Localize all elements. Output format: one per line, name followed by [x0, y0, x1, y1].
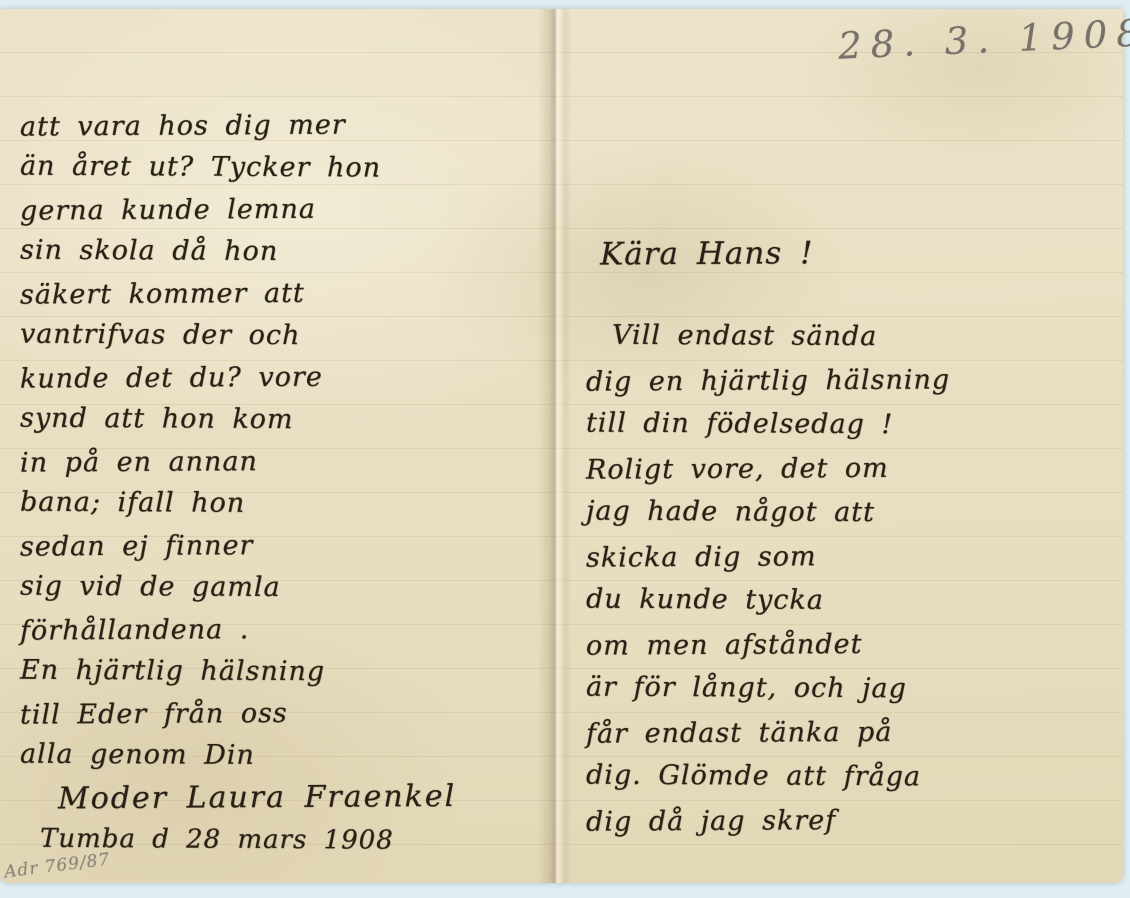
handwritten-line: skicka dig som — [586, 533, 1121, 580]
handwritten-line: vantrifvas der och — [20, 314, 535, 359]
handwritten-line: till din födelsedag ! — [586, 402, 1121, 449]
handwritten-line: du kunde tycka — [586, 578, 1121, 625]
greeting-line: Kära Hans ! — [586, 229, 1121, 276]
handwritten-line: dig en hjärtlig hälsning — [586, 357, 1121, 404]
handwritten-line: är för långt, och jag — [586, 666, 1121, 713]
handwritten-line: En hjärtlig hälsning — [20, 650, 535, 695]
paper-sheet: att vara hos dig mer än året ut? Tycker … — [0, 9, 1123, 883]
handwritten-line: sedan ej finner — [20, 523, 535, 568]
handwritten-line: än året ut? Tycker hon — [20, 146, 535, 191]
handwritten-line: dig då jag skref — [586, 797, 1121, 844]
handwritten-line: bana; ifall hon — [20, 482, 535, 527]
fold-crease — [538, 9, 572, 883]
handwritten-line: säkert kommer att — [20, 271, 535, 316]
handwritten-line: dig. Glömde att fråga — [586, 754, 1121, 801]
handwritten-line: in på en annan — [20, 439, 535, 484]
handwritten-line: sin skola då hon — [20, 230, 535, 275]
handwritten-line: att vara hos dig mer — [20, 103, 535, 148]
handwritten-line: Roligt vore, det om — [586, 445, 1121, 492]
letter-scan: { "pencil_annotations": { "date_top_righ… — [0, 0, 1130, 898]
handwritten-line: jag hade något att — [586, 490, 1121, 537]
handwritten-line: synd att hon kom — [20, 398, 535, 443]
handwritten-line: alla genom Din — [20, 734, 535, 779]
left-page: att vara hos dig mer än året ut? Tycker … — [20, 105, 535, 861]
right-page: Kära Hans ! Vill endast sända dig en hjä… — [586, 231, 1121, 843]
handwritten-line: kunde det du? vore — [20, 355, 535, 400]
handwritten-line: om men afståndet — [586, 621, 1121, 668]
handwritten-line: till Eder från oss — [20, 691, 535, 736]
handwritten-line: gerna kunde lemna — [20, 187, 535, 232]
signature-line: Moder Laura Fraenkel — [20, 775, 535, 820]
handwritten-line: Vill endast sända — [586, 314, 1121, 361]
handwritten-line: förhållandena . — [20, 607, 535, 652]
handwritten-line: får endast tänka på — [586, 709, 1121, 756]
handwritten-line: sig vid de gamla — [20, 566, 535, 611]
